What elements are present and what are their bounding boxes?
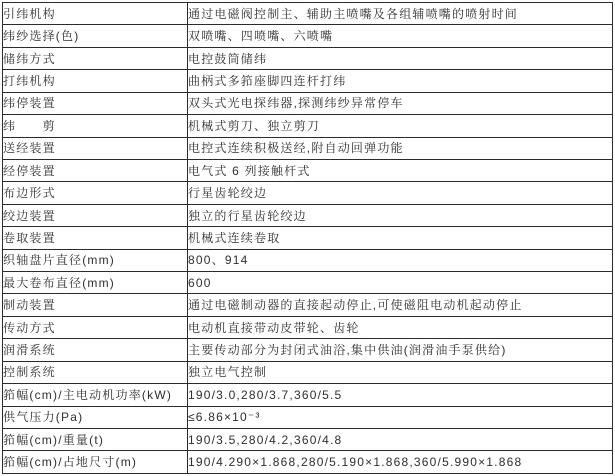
spec-value-cell: 190/3.5,280/4.2,360/4.8 bbox=[188, 429, 613, 451]
spec-label-cell: 制动装置 bbox=[3, 294, 188, 316]
spec-value-cell: 曲柄式多筘座脚四连杆打纬 bbox=[188, 70, 613, 92]
spec-value-cell: 800、914 bbox=[188, 249, 613, 271]
table-row: 引纬机构通过电磁阀控制主、辅助主喷嘴及各组辅喷嘴的喷射时间 bbox=[3, 3, 613, 25]
spec-value-cell: 电动机直接带动皮带轮、齿轮 bbox=[188, 316, 613, 338]
spec-label-cell: 控制系统 bbox=[3, 361, 188, 383]
spec-label-cell: 传动方式 bbox=[3, 316, 188, 338]
spec-label-cell: 绞边装置 bbox=[3, 204, 188, 226]
spec-label-cell: 筘幅(cm)/主电动机功率(kW) bbox=[3, 384, 188, 406]
table-row: 织轴盘片直径(mm)800、914 bbox=[3, 249, 613, 271]
spec-label-cell: 最大卷布直径(mm) bbox=[3, 272, 188, 294]
scanned-spec-page: 引纬机构通过电磁阀控制主、辅助主喷嘴及各组辅喷嘴的喷射时间纬纱选择(色)双喷嘴、… bbox=[0, 0, 615, 476]
table-row: 供气压力(Pa)≤6.86×10⁻³ bbox=[3, 406, 613, 428]
spec-label-cell: 纬纱选择(色) bbox=[3, 25, 188, 47]
spec-label-cell: 织轴盘片直径(mm) bbox=[3, 249, 188, 271]
spec-label-cell: 送经装置 bbox=[3, 137, 188, 159]
spec-label-cell: 储纬方式 bbox=[3, 47, 188, 69]
table-row: 纬纱选择(色)双喷嘴、四喷嘴、六喷嘴 bbox=[3, 25, 613, 47]
table-row: 打纬机构曲柄式多筘座脚四连杆打纬 bbox=[3, 70, 613, 92]
table-row: 绞边装置独立的行星齿轮绞边 bbox=[3, 204, 613, 226]
spec-value-cell: 600 bbox=[188, 272, 613, 294]
spec-value-cell: 独立的行星齿轮绞边 bbox=[188, 204, 613, 226]
spec-label-cell: 打纬机构 bbox=[3, 70, 188, 92]
table-row: 传动方式电动机直接带动皮带轮、齿轮 bbox=[3, 316, 613, 338]
spec-value-cell: 电控式连续积极送经,附自动回弹功能 bbox=[188, 137, 613, 159]
spec-value-cell: 通过电磁阀控制主、辅助主喷嘴及各组辅喷嘴的喷射时间 bbox=[188, 3, 613, 25]
spec-value-cell: 电控鼓筒储纬 bbox=[188, 47, 613, 69]
table-row: 筘幅(cm)/主电动机功率(kW)190/3.0,280/3.7,360/5.5 bbox=[3, 384, 613, 406]
spec-value-cell: 机械式剪刀、独立剪刀 bbox=[188, 115, 613, 137]
table-row: 制动装置通过电磁制动器的直接起动停止,可使磁阻电动机起动停止 bbox=[3, 294, 613, 316]
spec-value-cell: 190/3.0,280/3.7,360/5.5 bbox=[188, 384, 613, 406]
table-row: 经停装置电气式 6 列接触杆式 bbox=[3, 159, 613, 181]
spec-value-cell: 双头式光电探纬器,探测纬纱异常停车 bbox=[188, 92, 613, 114]
table-row: 储纬方式电控鼓筒储纬 bbox=[3, 47, 613, 69]
spec-value-cell: 主要传动部分为封闭式油浴,集中供油(润滑油手泵供给) bbox=[188, 339, 613, 361]
spec-label-cell: 纬 剪 bbox=[3, 115, 188, 137]
spec-label-cell: 筘幅(cm)/重量(t) bbox=[3, 429, 188, 451]
spec-value-cell: 通过电磁制动器的直接起动停止,可使磁阻电动机起动停止 bbox=[188, 294, 613, 316]
spec-value-cell: 双喷嘴、四喷嘴、六喷嘴 bbox=[188, 25, 613, 47]
spec-label-cell: 纬停装置 bbox=[3, 92, 188, 114]
table-row: 送经装置电控式连续积极送经,附自动回弹功能 bbox=[3, 137, 613, 159]
spec-label-cell: 卷取装置 bbox=[3, 227, 188, 249]
table-row: 布边形式行星齿轮绞边 bbox=[3, 182, 613, 204]
spec-label-cell: 引纬机构 bbox=[3, 3, 188, 25]
table-row: 控制系统独立电气控制 bbox=[3, 361, 613, 383]
spec-value-cell: 电气式 6 列接触杆式 bbox=[188, 159, 613, 181]
table-row: 最大卷布直径(mm)600 bbox=[3, 272, 613, 294]
spec-table: 引纬机构通过电磁阀控制主、辅助主喷嘴及各组辅喷嘴的喷射时间纬纱选择(色)双喷嘴、… bbox=[2, 2, 613, 474]
spec-value-cell: 机械式连续卷取 bbox=[188, 227, 613, 249]
table-row: 润滑系统主要传动部分为封闭式油浴,集中供油(润滑油手泵供给) bbox=[3, 339, 613, 361]
spec-table-body: 引纬机构通过电磁阀控制主、辅助主喷嘴及各组辅喷嘴的喷射时间纬纱选择(色)双喷嘴、… bbox=[3, 3, 613, 474]
spec-label-cell: 布边形式 bbox=[3, 182, 188, 204]
spec-label-cell: 润滑系统 bbox=[3, 339, 188, 361]
table-row: 筘幅(cm)/重量(t)190/3.5,280/4.2,360/4.8 bbox=[3, 429, 613, 451]
table-row: 筘幅(cm)/占地尺寸(m)190/4.290×1.868,280/5.190×… bbox=[3, 451, 613, 474]
spec-value-cell: 行星齿轮绞边 bbox=[188, 182, 613, 204]
spec-label-cell: 筘幅(cm)/占地尺寸(m) bbox=[3, 451, 188, 474]
spec-value-cell: 190/4.290×1.868,280/5.190×1.868,360/5.99… bbox=[188, 451, 613, 474]
spec-value-cell: ≤6.86×10⁻³ bbox=[188, 406, 613, 428]
table-row: 纬停装置双头式光电探纬器,探测纬纱异常停车 bbox=[3, 92, 613, 114]
spec-label-cell: 供气压力(Pa) bbox=[3, 406, 188, 428]
table-row: 纬 剪机械式剪刀、独立剪刀 bbox=[3, 115, 613, 137]
table-row: 卷取装置机械式连续卷取 bbox=[3, 227, 613, 249]
spec-label-cell: 经停装置 bbox=[3, 159, 188, 181]
spec-value-cell: 独立电气控制 bbox=[188, 361, 613, 383]
